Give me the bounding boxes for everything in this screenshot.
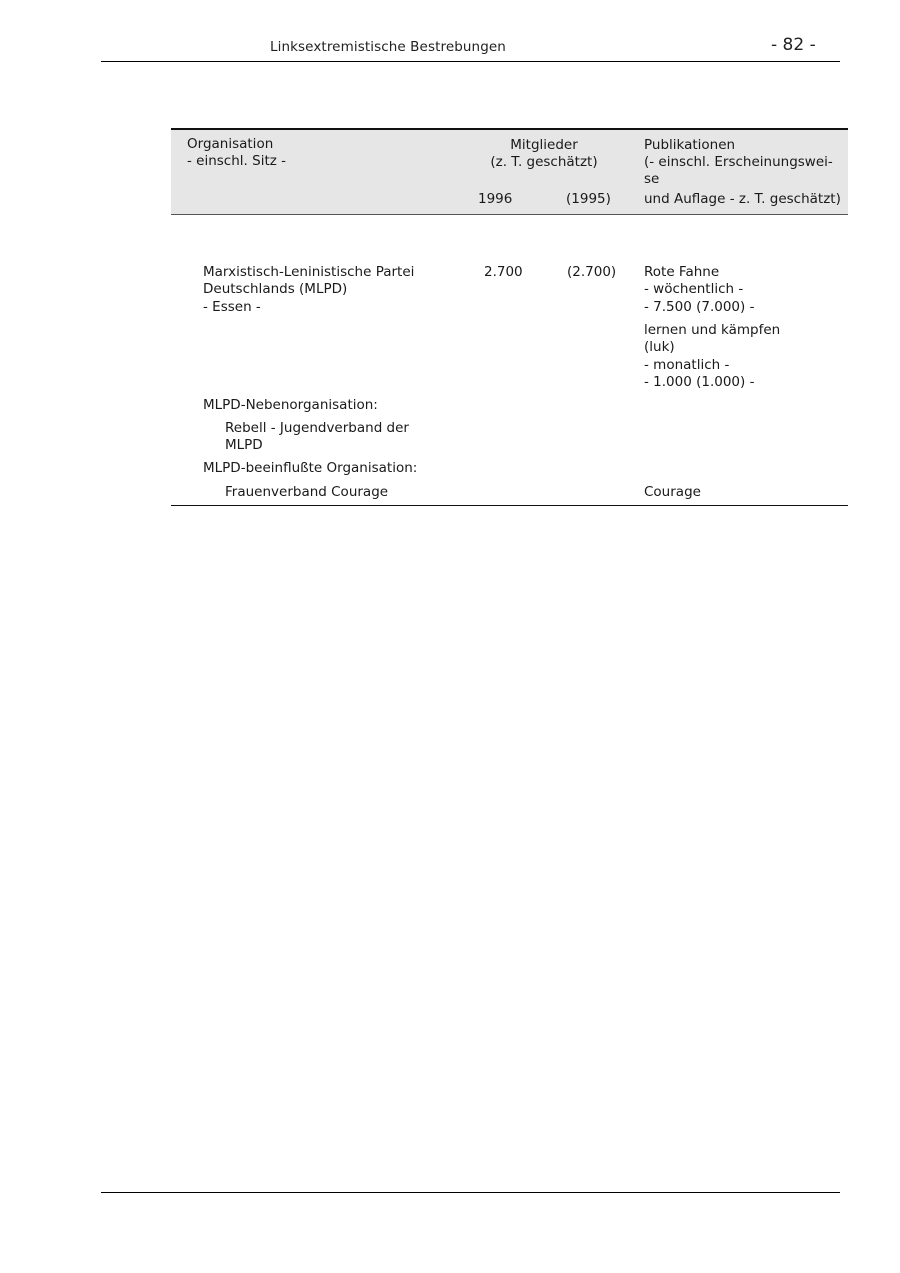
header-publikationen: Publikationen [644, 137, 735, 155]
publication-abbrev: (luk) [644, 339, 675, 357]
suborg-name-line2: MLPD [225, 437, 263, 455]
suborg-publication: Courage [644, 484, 701, 502]
header-organisation: Organisation [187, 136, 273, 154]
table-body: Marxistisch-Leninistische Partei Deutsch… [171, 215, 848, 506]
page-header: Linksextremistische Bestrebungen - 82 - [101, 34, 840, 62]
header-year-1995: (1995) [566, 191, 611, 209]
publication-frequency: - monatlich - [644, 357, 729, 375]
subgroup-label: MLPD-Nebenorganisation: [203, 397, 378, 415]
organisation-table: Organisation - einschl. Sitz - Mitgliede… [171, 128, 848, 506]
header-year-1996: 1996 [478, 191, 512, 209]
header-mitglieder: Mitglieder [471, 137, 617, 155]
members-1995: (2.700) [567, 264, 616, 282]
header-publikationen-sub1: (- einschl. Erscheinungswei- [644, 154, 833, 172]
org-seat: - Essen - [203, 299, 261, 317]
running-title: Linksextremistische Bestrebungen [270, 39, 506, 55]
publication-title: Rote Fahne [644, 264, 719, 282]
org-name-line2: Deutschlands (MLPD) [203, 281, 347, 299]
table-header: Organisation - einschl. Sitz - Mitgliede… [171, 128, 848, 215]
footer-rule [101, 1192, 840, 1193]
suborg-name-line1: Frauenverband Courage [225, 484, 388, 502]
page-number: - 82 - [771, 35, 816, 55]
header-mitglieder-sub: (z. T. geschätzt) [471, 154, 617, 172]
publication-circulation: - 7.500 (7.000) - [644, 299, 754, 317]
publication-title: lernen und kämpfen [644, 322, 780, 340]
org-name-line1: Marxistisch-Leninistische Partei [203, 264, 414, 282]
header-publikationen-sub3: und Auflage - z. T. geschätzt) [644, 191, 841, 209]
publication-frequency: - wöchentlich - [644, 281, 743, 299]
header-organisation-sub: - einschl. Sitz - [187, 153, 286, 171]
members-1996: 2.700 [484, 264, 523, 282]
header-publikationen-sub2: se [644, 171, 659, 189]
suborg-name-line1: Rebell - Jugendverband der [225, 420, 409, 438]
publication-circulation: - 1.000 (1.000) - [644, 374, 754, 392]
subgroup-label: MLPD-beeinflußte Organisation: [203, 460, 417, 478]
